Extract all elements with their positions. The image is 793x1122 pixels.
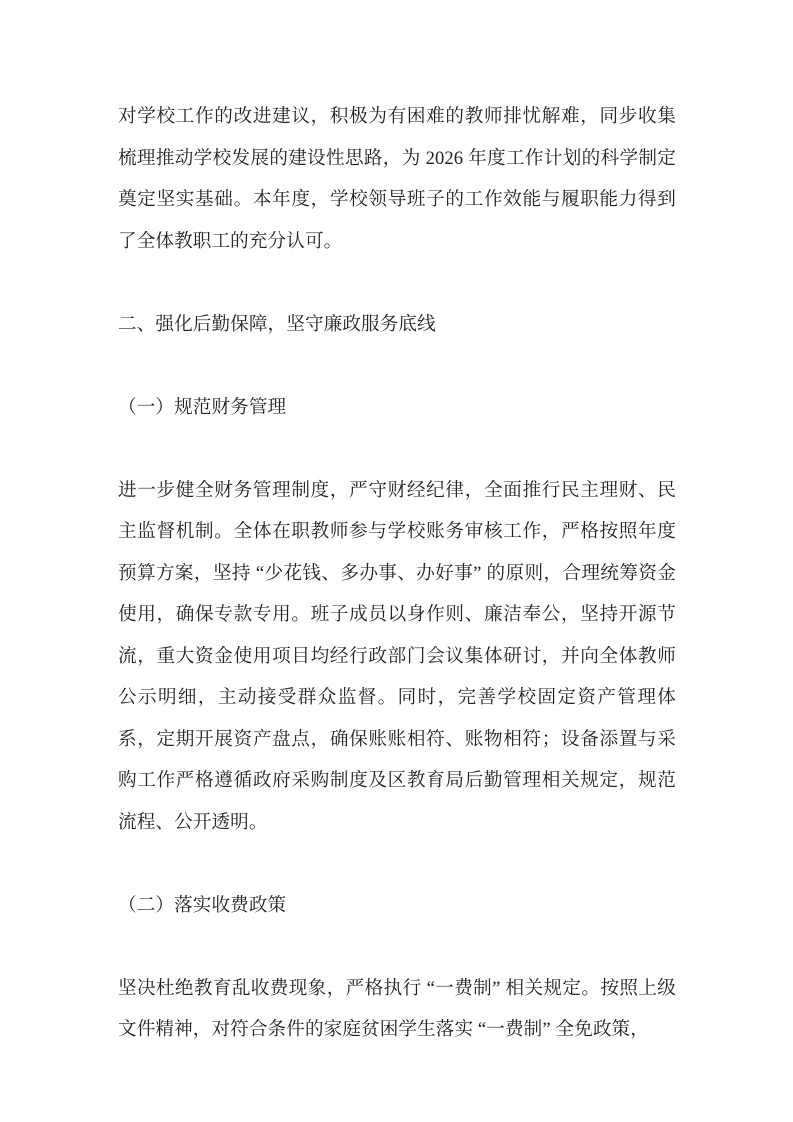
section-heading: （二）落实收费政策 xyxy=(118,885,676,927)
section-heading: （一）规范财务管理 xyxy=(118,387,676,429)
document-page: 对学校工作的改进建议，积极为有困难的教师排忧解难，同步收集梳理推动学校发展的建设… xyxy=(0,0,793,1122)
body-paragraph: 对学校工作的改进建议，积极为有困难的教师排忧解难，同步收集梳理推动学校发展的建设… xyxy=(118,96,676,262)
document-content: 对学校工作的改进建议，积极为有困难的教师排忧解难，同步收集梳理推动学校发展的建设… xyxy=(118,96,676,1051)
section-heading: 二、强化后勤保障，坚守廉政服务底线 xyxy=(118,304,676,346)
body-paragraph: 进一步健全财务管理制度，严守财经纪律，全面推行民主理财、民主监督机制。全体在职教… xyxy=(118,470,676,844)
body-paragraph: 坚决杜绝教育乱收费现象，严格执行 “一费制” 相关规定。按照上级文件精神，对符合… xyxy=(118,968,676,1051)
